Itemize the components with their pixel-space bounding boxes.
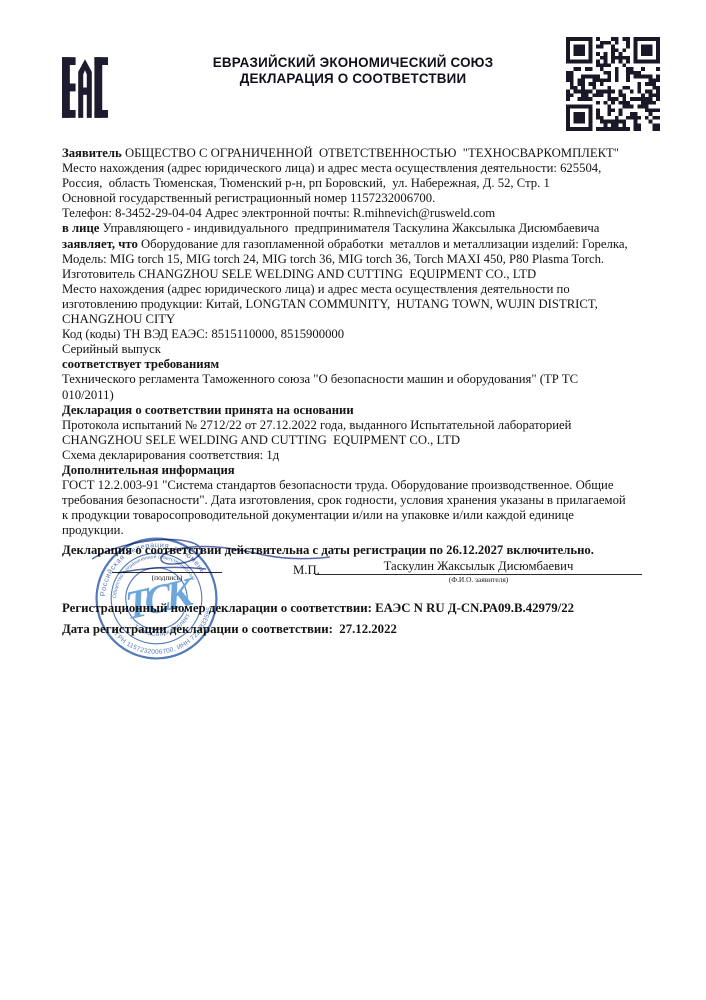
body-line: Декларация о соответствии принята на осн… bbox=[62, 403, 662, 418]
document-title: ЕВРАЗИЙСКИЙ ЭКОНОМИЧЕСКИЙ СОЮЗ ДЕКЛАРАЦИ… bbox=[130, 55, 576, 86]
signature-block: (подпись) bbox=[112, 572, 222, 582]
body-line: Россия, область Тюменская, Тюменский р-н… bbox=[62, 176, 662, 191]
body-line: соответствует требованиям bbox=[62, 357, 662, 372]
signature-caption: (подпись) bbox=[112, 573, 222, 582]
document-body: Заявитель ОБЩЕСТВО С ОГРАНИЧЕННОЙ ОТВЕТС… bbox=[62, 146, 662, 559]
signer-block: Таскулин Жаксылык Дисюмбаевич (Ф.И.О. за… bbox=[315, 559, 642, 584]
body-line: CHANGZHOU SELE WELDING AND CUTTING EQUIP… bbox=[62, 433, 662, 448]
signer-name: Таскулин Жаксылык Дисюмбаевич bbox=[315, 559, 642, 573]
body-line: Серийный выпуск bbox=[62, 342, 662, 357]
title-line-1: ЕВРАЗИЙСКИЙ ЭКОНОМИЧЕСКИЙ СОЮЗ bbox=[130, 55, 576, 71]
declaration-document: ЕВРАЗИЙСКИЙ ЭКОНОМИЧЕСКИЙ СОЮЗ ДЕКЛАРАЦИ… bbox=[0, 0, 706, 1000]
body-line: Заявитель ОБЩЕСТВО С ОГРАНИЧЕННОЙ ОТВЕТС… bbox=[62, 146, 662, 161]
body-line: Дополнительная информация bbox=[62, 463, 662, 478]
body-line: Изготовитель CHANGZHOU SELE WELDING AND … bbox=[62, 267, 662, 282]
registration-date-line: Дата регистрации декларации о соответств… bbox=[62, 622, 397, 637]
body-line: Модель: MIG torch 15, MIG torch 24, MIG … bbox=[62, 252, 662, 267]
body-line: 010/2011) bbox=[62, 388, 662, 403]
body-line: Место нахождения (адрес юридического лиц… bbox=[62, 161, 662, 176]
body-line: Место нахождения (адрес юридического лиц… bbox=[62, 282, 662, 297]
body-line: требования безопасности". Дата изготовле… bbox=[62, 493, 662, 508]
body-line: изготовлению продукции: Китай, LONGTAN C… bbox=[62, 297, 662, 312]
body-line: в лице Управляющего - индивидуального пр… bbox=[62, 221, 662, 236]
body-line: Основной государственный регистрационный… bbox=[62, 191, 662, 206]
registration-number-line: Регистрационный номер декларации о соотв… bbox=[62, 601, 574, 616]
signer-caption: (Ф.И.О. заявителя) bbox=[315, 575, 642, 584]
body-line: продукции. bbox=[62, 523, 662, 538]
body-line: CHANGZHOU CITY bbox=[62, 312, 662, 327]
body-line: Схема декларирования соответствия: 1д bbox=[62, 448, 662, 463]
body-line: к продукции товаросопроводительной докум… bbox=[62, 508, 662, 523]
body-line: Технического регламента Таможенного союз… bbox=[62, 372, 662, 387]
body-line: Телефон: 8-3452-29-04-04 Адрес электронн… bbox=[62, 206, 662, 221]
body-line: заявляет, что Оборудование для газопламе… bbox=[62, 237, 662, 252]
eac-logo bbox=[62, 57, 108, 118]
body-line: Декларация о соответствии действительна … bbox=[62, 543, 662, 558]
title-line-2: ДЕКЛАРАЦИЯ О СООТВЕТСТВИИ bbox=[130, 71, 576, 87]
body-line: ГОСТ 12.2.003-91 "Система стандартов без… bbox=[62, 478, 662, 493]
body-line: Код (коды) ТН ВЭД ЕАЭС: 8515110000, 8515… bbox=[62, 327, 662, 342]
qr-code-icon bbox=[566, 37, 660, 131]
body-line: Протокола испытаний № 2712/22 от 27.12.2… bbox=[62, 418, 662, 433]
